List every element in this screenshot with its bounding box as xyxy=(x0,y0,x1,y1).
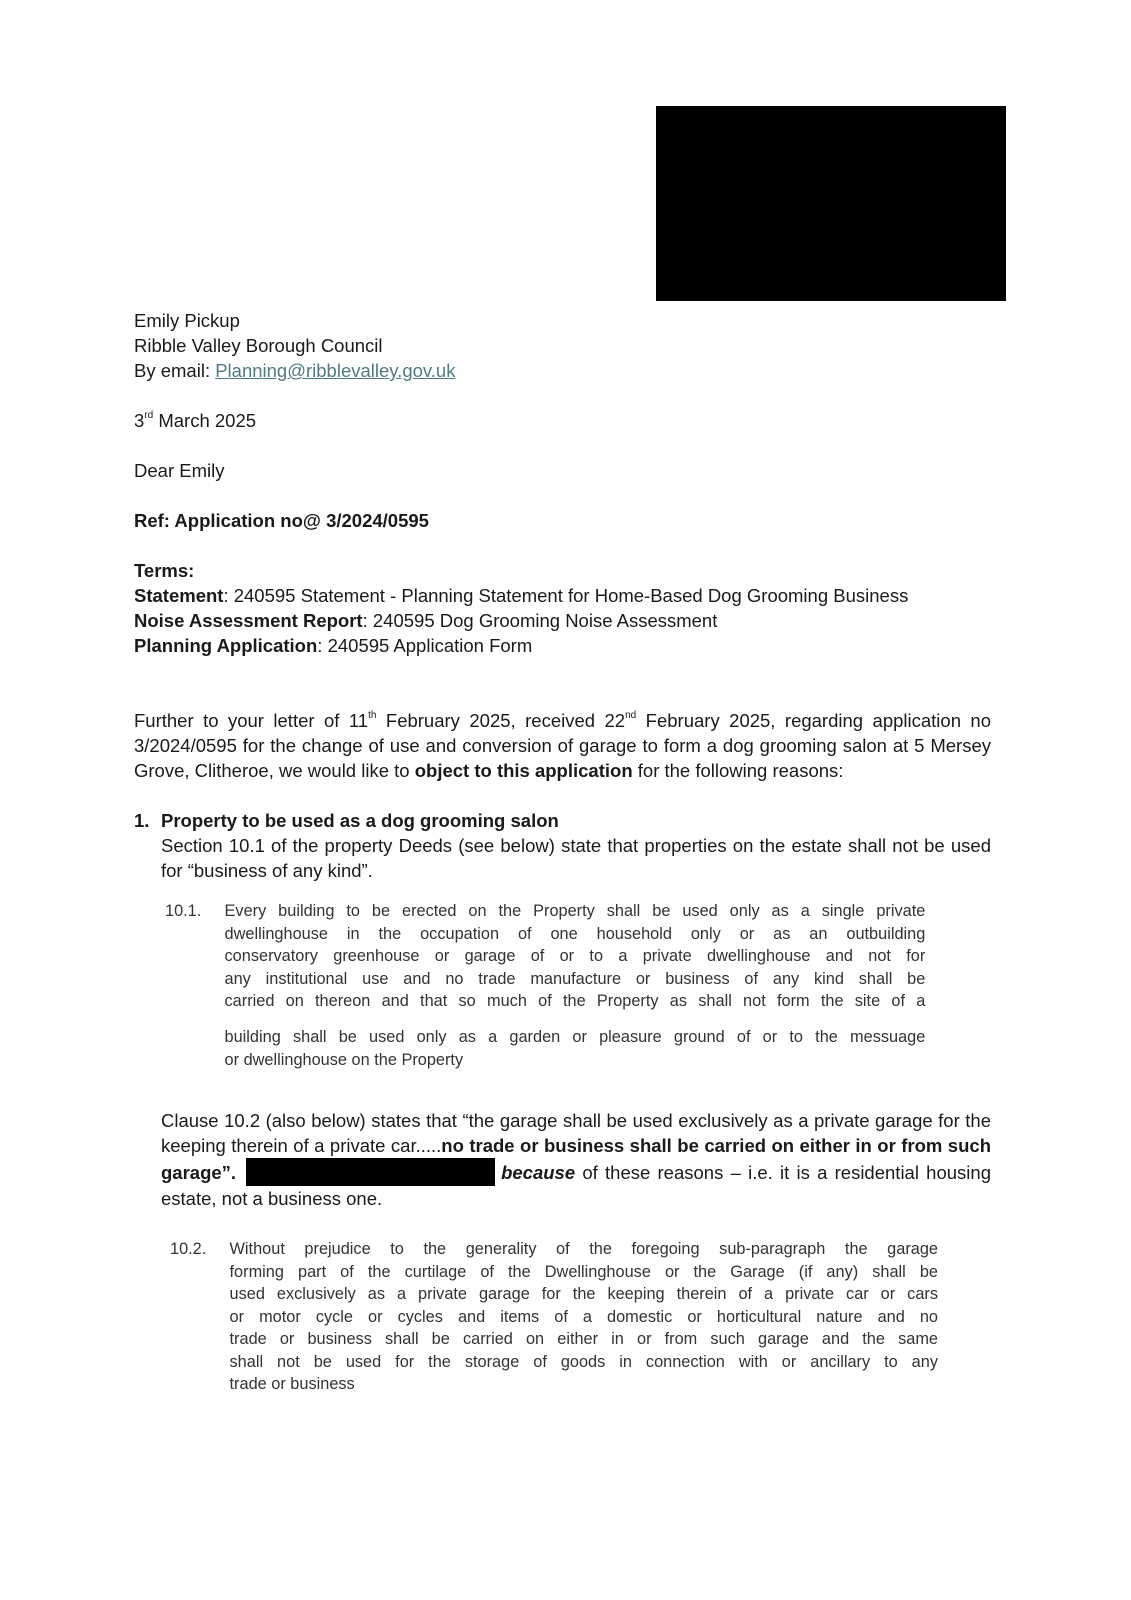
reason-title: Property to be used as a dog grooming sa… xyxy=(161,808,994,833)
recipient-email-line: By email: Planning@ribblevalley.gov.uk xyxy=(134,358,994,383)
clause-10-2-paragraph: Clause 10.2 (also below) states that “th… xyxy=(161,1108,991,1211)
clause-line: trade or business xyxy=(230,1373,938,1396)
paragraph-text-part: ”. xyxy=(222,1162,236,1183)
clause-line: any institutional use and no trade manuf… xyxy=(225,968,926,991)
reason-number: 1. xyxy=(134,808,149,833)
letter-page: Emily Pickup Ribble Valley Borough Counc… xyxy=(0,0,1131,1600)
intro-paragraph: Further to your letter of 11th February … xyxy=(134,708,991,783)
ordinal-suffix: th xyxy=(368,710,376,721)
recipient-name: Emily Pickup xyxy=(134,308,994,333)
clause-line: shall not be used for the storage of goo… xyxy=(230,1351,938,1374)
objection-emphasis: object to this application xyxy=(415,760,633,781)
terms-heading: Terms: xyxy=(134,558,994,583)
reason-paragraph: Section 10.1 of the property Deeds (see … xyxy=(161,833,991,883)
paragraph-emphasis-italic: because xyxy=(501,1162,575,1183)
clause-line: or dwellinghouse on the Property xyxy=(225,1049,926,1072)
clause-continuation: building shall be used only as a garden … xyxy=(225,1026,926,1071)
ordinal-suffix: nd xyxy=(625,710,636,721)
terms-item-value: : 240595 Dog Grooming Noise Assessment xyxy=(363,610,718,631)
reason-1: 1. Property to be used as a dog grooming… xyxy=(134,808,994,883)
date-suffix: rd xyxy=(144,410,153,421)
recipient-block: Emily Pickup Ribble Valley Borough Counc… xyxy=(134,308,994,383)
clause-line: building shall be used only as a garden … xyxy=(225,1026,926,1049)
terms-item-label: Noise Assessment Report xyxy=(134,610,363,631)
terms-item: Statement: 240595 Statement - Planning S… xyxy=(134,583,994,608)
terms-item: Noise Assessment Report: 240595 Dog Groo… xyxy=(134,608,994,633)
clause-line: conservatory greenhouse or garage of or … xyxy=(225,945,926,968)
terms-item-value: : 240595 Application Form xyxy=(317,635,532,656)
email-prefix: By email: xyxy=(134,360,215,381)
paragraph-text: Clause 10.2 (also below) states that “th… xyxy=(161,1108,991,1211)
redacted-text xyxy=(246,1158,495,1186)
terms-block: Terms: Statement: 240595 Statement - Pla… xyxy=(134,558,994,658)
clause-line: carried on thereon and that so much of t… xyxy=(225,990,926,1013)
clause-line: forming part of the curtilage of the Dwe… xyxy=(230,1261,938,1284)
clause-line: or motor cycle or cycles and items of a … xyxy=(230,1306,938,1329)
clause-number: 10.1. xyxy=(165,900,201,923)
clause-line: Without prejudice to the generality of t… xyxy=(230,1238,938,1261)
terms-item-label: Statement xyxy=(134,585,223,606)
redacted-sender-address xyxy=(656,106,1006,301)
intro-text: February 2025, received 22 xyxy=(376,710,625,731)
clause-line: dwellinghouse in the occupation of one h… xyxy=(225,923,926,946)
email-link[interactable]: Planning@ribblevalley.gov.uk xyxy=(215,360,455,381)
intro-text: for the following reasons: xyxy=(633,760,844,781)
date-day: 3 xyxy=(134,410,144,431)
deed-clause-10-1: 10.1. Every building to be erected on th… xyxy=(165,900,914,1080)
clause-text: Without prejudice to the generality of t… xyxy=(230,1238,938,1396)
letter-date: 3rd March 2025 xyxy=(134,408,994,433)
terms-item: Planning Application: 240595 Application… xyxy=(134,633,994,658)
terms-item-value: : 240595 Statement - Planning Statement … xyxy=(223,585,908,606)
clause-line: used exclusively as a private garage for… xyxy=(230,1283,938,1306)
clause-number: 10.2. xyxy=(170,1238,206,1261)
clause-line: Every building to be erected on the Prop… xyxy=(225,900,926,923)
clause-text: Every building to be erected on the Prop… xyxy=(225,900,926,1013)
reference-line: Ref: Application no@ 3/2024/0595 xyxy=(134,508,994,533)
intro-text: Further to your letter of 11 xyxy=(134,710,368,731)
recipient-organisation: Ribble Valley Borough Council xyxy=(134,333,994,358)
deed-clause-10-2: 10.2. Without prejudice to the generalit… xyxy=(170,1238,919,1403)
terms-item-label: Planning Application xyxy=(134,635,317,656)
clause-line: trade or business shall be carried on ei… xyxy=(230,1328,938,1351)
salutation: Dear Emily xyxy=(134,458,994,483)
date-rest: March 2025 xyxy=(153,410,256,431)
